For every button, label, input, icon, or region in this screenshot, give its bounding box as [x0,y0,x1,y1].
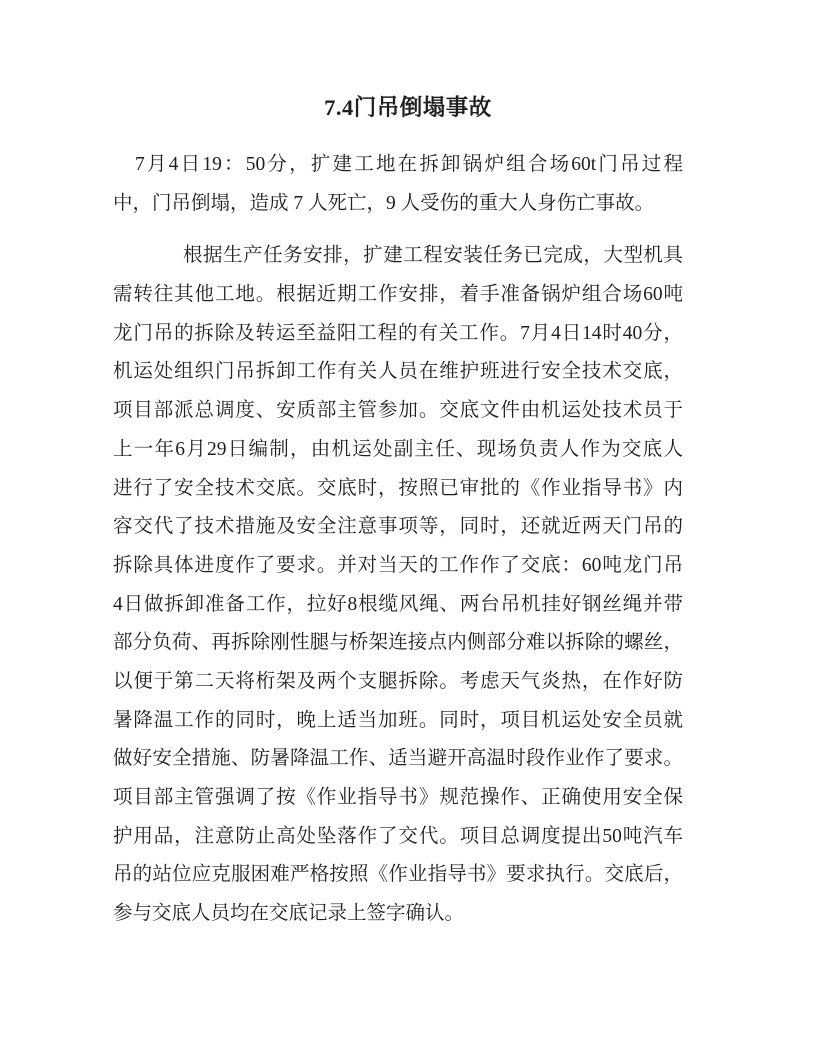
text-line: 暑降温工作的同时，晚上适当加班。同时，项目机运处安全员就 [113,702,683,741]
text-line: 容交代了技术措施及安全注意事项等，同时，还就近两天门吊的 [113,508,683,547]
document-page: 7.4门吊倒塌事故 7月4日19：50分，扩建工地在拆卸锅炉组合场60t门吊过程… [0,0,816,1056]
section-title: 7.4门吊倒塌事故 [0,95,816,121]
text-line: 上一年6月29日编制，由机运处副主任、现场负责人作为交底人 [113,431,683,470]
paragraph-accident-background: 根据生产任务安排，扩建工程安装任务已完成，大型机具需转往其他工地。根据近期工作安… [113,237,683,933]
text-line: 护用品，注意防止高处坠落作了交代。项目总调度提出50吨汽车 [113,818,683,857]
document-body: 7月4日19：50分，扩建工地在拆卸锅炉组合场60t门吊过程中，门吊倒塌，造成 … [0,146,816,934]
text-line: 进行了安全技术交底。交底时，按照已审批的《作业指导书》内 [113,470,683,509]
text-line: 以便于第二天将桁架及两个支腿拆除。考虑天气炎热，在作好防 [113,663,683,702]
text-line: 7月4日19：50分，扩建工地在拆卸锅炉组合场60t门吊过程 [113,146,683,185]
text-line: 部分负荷、再拆除刚性腿与桥架连接点内侧部分难以拆除的螺丝， [113,624,683,663]
text-line: 根据生产任务安排，扩建工程安装任务已完成，大型机具 [113,237,683,276]
text-line: 项目部派总调度、安质部主管参加。交底文件由机运处技术员于 [113,392,683,431]
text-line: 项目部主管强调了按《作业指导书》规范操作、正确使用安全保 [113,779,683,818]
text-line: 拆除具体进度作了要求。并对当天的工作作了交底：60吨龙门吊 [113,547,683,586]
text-line: 龙门吊的拆除及转运至益阳工程的有关工作。7月4日14时40分， [113,315,683,354]
text-line: 机运处组织门吊拆卸工作有关人员在维护班进行安全技术交底， [113,353,683,392]
paragraph-accident-summary: 7月4日19：50分，扩建工地在拆卸锅炉组合场60t门吊过程中，门吊倒塌，造成 … [113,146,683,223]
text-line: 吊的站位应克服困难严格按照《作业指导书》要求执行。交底后， [113,856,683,895]
text-line: 中，门吊倒塌，造成 7 人死亡，9 人受伤的重大人身伤亡事故。 [113,185,683,224]
text-line: 参与交底人员均在交底记录上签字确认。 [113,895,683,934]
text-line: 4日做拆卸准备工作，拉好8根缆风绳、两台吊机挂好钢丝绳并带 [113,586,683,625]
text-line: 做好安全措施、防暑降温工作、适当避开高温时段作业作了要求。 [113,740,683,779]
text-line: 需转往其他工地。根据近期工作安排，着手准备锅炉组合场60吨 [113,276,683,315]
